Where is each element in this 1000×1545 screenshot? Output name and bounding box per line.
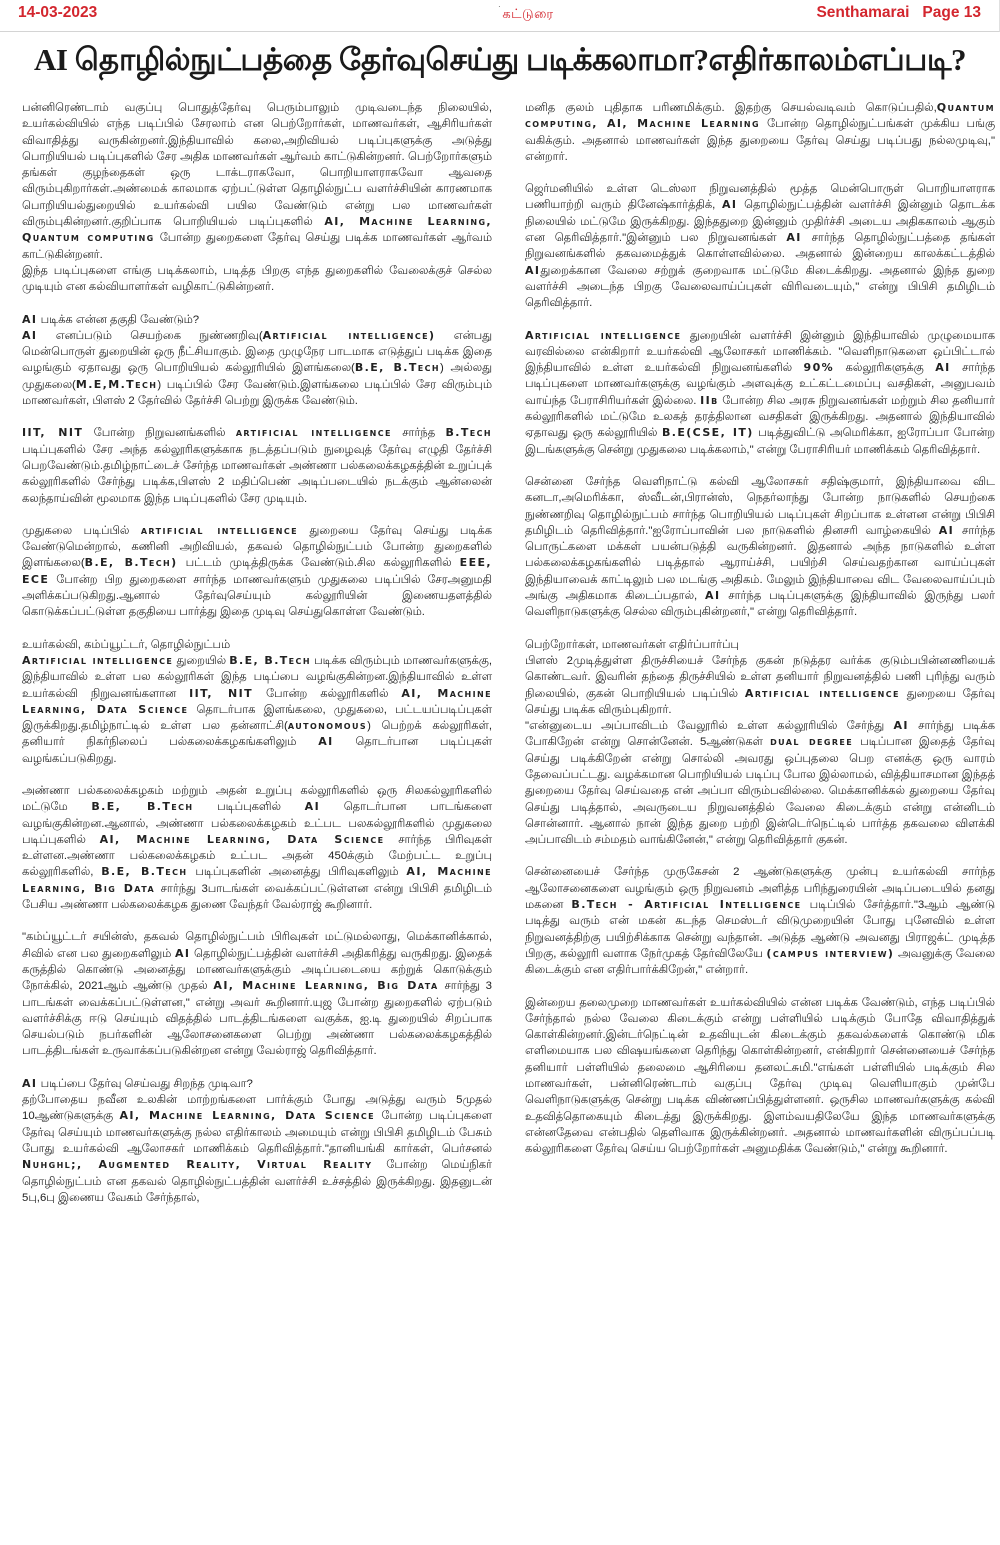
page-header: 14-03-2023 · கட்டுரை Senthamarai Page 13 <box>0 0 1000 32</box>
paragraph: "கம்ப்யூட்டர் சயின்ஸ், தகவல் தொழில்நுட்ப… <box>22 929 492 1059</box>
paragraph: AI எனப்படும் செயற்கை நுண்ணறிவு(Artificia… <box>22 328 492 409</box>
paragraph: சென்னையைச் சேர்ந்த முருகேசன் 2 ஆண்டுகளுக… <box>525 864 995 978</box>
paragraph: அண்ணா பல்கலைக்கழகம் மற்றும் அதன் உறுப்பு… <box>22 783 492 913</box>
paragraph: Artificial intelligence துறையில் B.E, B.… <box>22 653 492 767</box>
paragraph: இந்த படிப்புகளை எங்கு படிக்கலாம், படித்த… <box>22 263 492 296</box>
paragraph: முதுகலை படிப்பில் artificial intelligenc… <box>22 523 492 621</box>
subheading: AI படிக்க என்ன தகுதி வேண்டும்? <box>22 312 492 328</box>
paragraph: பிளஸ் 2முடித்துள்ள திருச்சியைச் சேர்ந்த … <box>525 653 995 718</box>
article-column-right: மனித குலம் புதிதாக பரிணமிக்கும். இதற்கு … <box>525 100 995 1158</box>
article-headline: AI தொழில்நுட்பத்தை தேர்வுசெய்து படிக்கலா… <box>0 36 1000 84</box>
section-label: கட்டுரை <box>478 6 578 23</box>
paragraph: ஜெர்மனியில் உள்ள டெஸ்லா நிறுவனத்தில் மூத… <box>525 181 995 311</box>
paragraph: IIT, NIT போன்ற நிறுவனங்களில் artificial … <box>22 425 492 506</box>
paragraph: இன்றைய தலைமுறை மாணவர்கள் உயர்கல்வியில் எ… <box>525 995 995 1158</box>
paragraph: பன்னிரெண்டாம் வகுப்பு பொதுத்தேர்வு பெரும… <box>22 100 492 263</box>
subheading: பெற்றோர்கள், மாணவர்கள் எதிர்ப்பார்ப்பு <box>525 637 995 653</box>
paragraph: "என்னுடைய அப்பாவிடம் வேலூரில் உள்ள கல்லூ… <box>525 718 995 848</box>
paragraph: மனித குலம் புதிதாக பரிணமிக்கும். இதற்கு … <box>525 100 995 165</box>
paragraph: Artificial intelligence துறையின் வளர்ச்ச… <box>525 328 995 458</box>
subheading: AI படிப்பை தேர்வு செய்வது சிறந்த முடிவா? <box>22 1076 492 1092</box>
paragraph: சென்னை சேர்ந்த வெளிநாட்டு கல்வி ஆலோசகர் … <box>525 474 995 621</box>
publication-brand-page: Senthamarai Page 13 <box>816 4 981 22</box>
publication-date: 14-03-2023 <box>18 4 97 22</box>
subheading: உயர்கல்வி, கம்ப்யூட்டர், தொழில்நுட்பம் <box>22 637 492 653</box>
paragraph: தற்போதைய நவீன உலகின் மாற்றங்களை பார்க்கு… <box>22 1092 492 1206</box>
article-column-left: பன்னிரெண்டாம் வகுப்பு பொதுத்தேர்வு பெரும… <box>22 100 492 1206</box>
